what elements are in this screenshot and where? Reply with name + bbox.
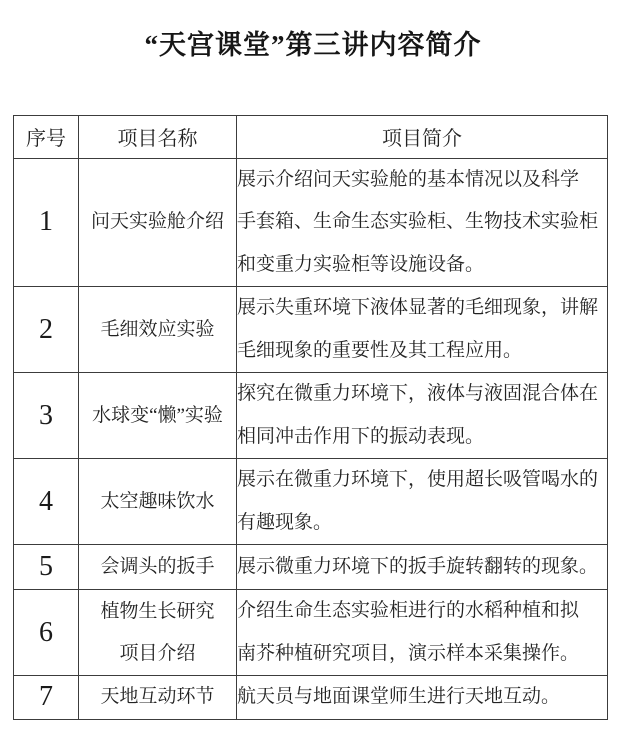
table-row: 3 水球变“懒”实验 探究在微重力环境下，液体与液固混合体在 相同冲击作用下的振… xyxy=(14,373,608,459)
document-page: “天宫课堂”第三讲内容简介 序号 项目名称 项目简介 1 问天实验舱介绍 展示介… xyxy=(0,0,626,736)
column-header-name: 项目名称 xyxy=(79,115,237,158)
table-row: 1 问天实验舱介绍 展示介绍问天实验舱的基本情况以及科学 手套箱、生命生态实验柜… xyxy=(14,158,608,287)
column-header-intro: 项目简介 xyxy=(237,115,608,158)
column-header-index: 序号 xyxy=(14,115,79,158)
cell-project-intro: 探究在微重力环境下，液体与液固混合体在 相同冲击作用下的振动表现。 xyxy=(237,373,608,459)
cell-project-intro: 展示介绍问天实验舱的基本情况以及科学 手套箱、生命生态实验柜、生物技术实验柜 和… xyxy=(237,158,608,287)
cell-project-name: 毛细效应实验 xyxy=(79,287,237,373)
table-row: 6 植物生长研究 项目介绍 介绍生命生态实验柜进行的水稻种植和拟 南芥种植研究项… xyxy=(14,590,608,676)
cell-project-name: 植物生长研究 项目介绍 xyxy=(79,590,237,676)
cell-index: 4 xyxy=(14,459,79,545)
cell-project-intro: 航天员与地面课堂师生进行天地互动。 xyxy=(237,676,608,720)
cell-index: 5 xyxy=(14,545,79,590)
table-row: 7 天地互动环节 航天员与地面课堂师生进行天地互动。 xyxy=(14,676,608,720)
cell-index: 3 xyxy=(14,373,79,459)
cell-index: 1 xyxy=(14,158,79,287)
cell-project-intro: 展示在微重力环境下，使用超长吸管喝水的 有趣现象。 xyxy=(237,459,608,545)
cell-project-name: 问天实验舱介绍 xyxy=(79,158,237,287)
content-table: 序号 项目名称 项目简介 1 问天实验舱介绍 展示介绍问天实验舱的基本情况以及科… xyxy=(13,115,608,720)
cell-project-name: 会调头的扳手 xyxy=(79,545,237,590)
cell-project-name: 天地互动环节 xyxy=(79,676,237,720)
page-title: “天宫课堂”第三讲内容简介 xyxy=(0,0,626,61)
table-row: 2 毛细效应实验 展示失重环境下液体显著的毛细现象，讲解 毛细现象的重要性及其工… xyxy=(14,287,608,373)
cell-project-intro: 展示微重力环境下的扳手旋转翻转的现象。 xyxy=(237,545,608,590)
cell-project-name: 太空趣味饮水 xyxy=(79,459,237,545)
cell-project-intro: 展示失重环境下液体显著的毛细现象，讲解 毛细现象的重要性及其工程应用。 xyxy=(237,287,608,373)
table-row: 5 会调头的扳手 展示微重力环境下的扳手旋转翻转的现象。 xyxy=(14,545,608,590)
cell-index: 7 xyxy=(14,676,79,720)
cell-index: 6 xyxy=(14,590,79,676)
table-row: 4 太空趣味饮水 展示在微重力环境下，使用超长吸管喝水的 有趣现象。 xyxy=(14,459,608,545)
table-header-row: 序号 项目名称 项目简介 xyxy=(14,115,608,158)
cell-index: 2 xyxy=(14,287,79,373)
cell-project-intro: 介绍生命生态实验柜进行的水稻种植和拟 南芥种植研究项目，演示样本采集操作。 xyxy=(237,590,608,676)
cell-project-name: 水球变“懒”实验 xyxy=(79,373,237,459)
